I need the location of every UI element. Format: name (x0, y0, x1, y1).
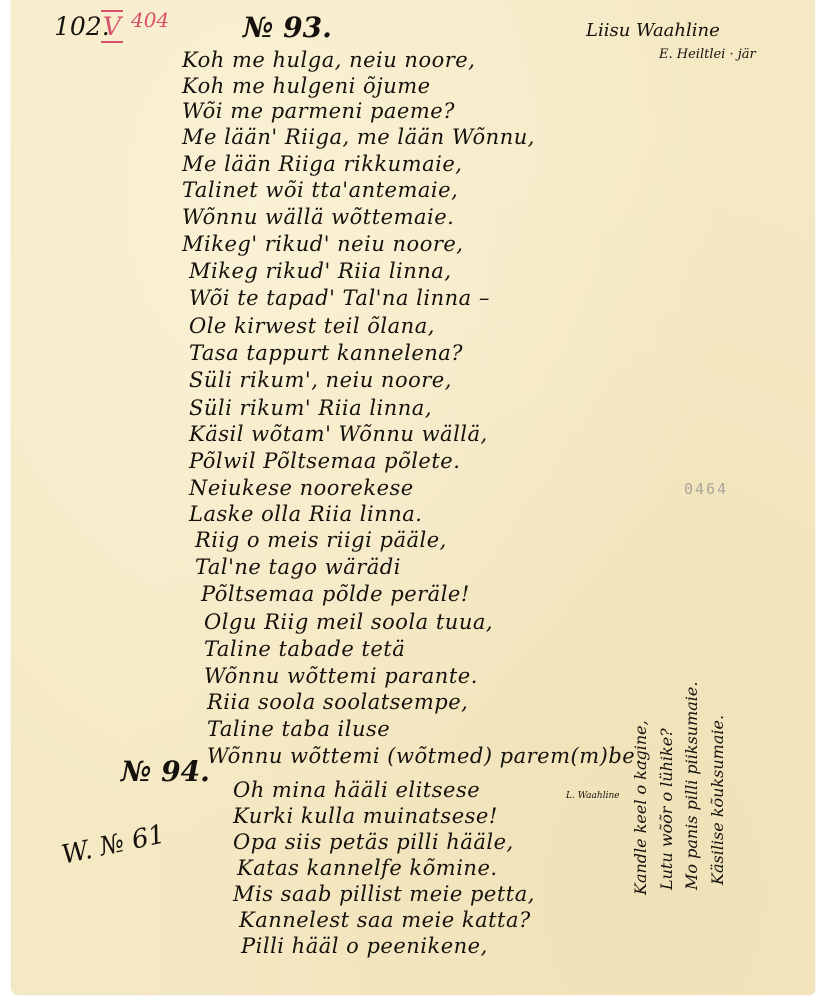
poem-line: Käsil wõtam' Wõnnu wällä, (189, 424, 488, 445)
poem-line: Me lään Riiga rikkumaie, (182, 154, 462, 175)
poem-line: Süli rikum' Riia linna, (189, 398, 432, 419)
vertical-verse-line: Käsilise kõuksumaie. (710, 715, 726, 885)
poem-line: Kannelest saa meie katta? (239, 910, 531, 931)
poem-line: Pilli hääl o peenikene, (241, 936, 488, 957)
vertical-verse-line: Mo panis pilli piiksumaie. (684, 682, 700, 890)
poem-line: Wõnnu wõttemi (wõtmed) parem(m)be. (207, 746, 642, 767)
archive-stamp-number: 0464 (684, 480, 728, 498)
poem-94-attribution: L. Waahline (566, 792, 620, 801)
poem-94-title: № 94. (121, 758, 210, 786)
poem-93-title: № 93. (243, 14, 332, 42)
collector-name: Liisu Waahline (586, 22, 720, 40)
poem-line: Süli rikum', neiu noore, (189, 370, 452, 391)
poem-line: Kurki kulla muinatsese! (233, 806, 498, 827)
poem-line: Neiukese noorekese (189, 478, 414, 499)
poem-line: Riia soola soolatsempe, (207, 692, 468, 713)
archive-volume: V (101, 14, 123, 39)
poem-line: Wõnnu wällä wõttemaie. (182, 207, 454, 228)
poem-line: Me lään' Riiga, me lään Wõnnu, (182, 127, 535, 148)
poem-line: Talinet wõi tta'antemaie, (182, 180, 458, 201)
poem-line: Tal'ne tago wärädi (195, 557, 401, 578)
vertical-verse-line: Kandle keel o kagine, (633, 720, 649, 895)
cross-reference-note: W. № 61 (59, 821, 167, 868)
poem-line: Koh me hulgeni õjume (182, 76, 431, 97)
poem-line: Wõi te tapad' Tal'na linna – (189, 288, 490, 309)
poem-line: Taline tabade tetä (204, 639, 405, 660)
poem-line: Riig o meis riigi pääle, (195, 530, 447, 551)
poem-line: Põltsemaa põlde peräle! (201, 584, 470, 605)
collector-source: E. Heiltlei · jär (659, 48, 756, 61)
poem-line: Mikeg' rikud' neiu noore, (182, 234, 463, 255)
poem-line: Wõi me parmeni paeme? (182, 101, 455, 122)
poem-line: Laske olla Riia linna. (189, 504, 422, 525)
poem-line: Wõnnu wõttemi parante. (204, 666, 478, 687)
poem-line: Katas kannelfe kõmine. (237, 858, 498, 879)
poem-line: Tasa tappurt kannelena? (189, 343, 463, 364)
poem-line: Mis saab pillist meie petta, (233, 884, 535, 905)
poem-line: Olgu Riig meil soola tuua, (204, 612, 493, 633)
poem-line: Mikeg rikud' Riia linna, (189, 261, 452, 282)
poem-line: Taline taba iluse (207, 719, 390, 740)
poem-line: Opa siis petäs pilli hääle, (233, 832, 514, 853)
poem-line: Oh mina hääli elitsese (233, 780, 480, 801)
vertical-verse-line: Lutu wõõr o lühike? (659, 728, 675, 890)
poem-line: Ole kirwest teil õlana, (189, 316, 435, 337)
poem-line: Koh me hulga, neiu noore, (182, 50, 475, 71)
archive-page: 404 (131, 10, 169, 30)
manuscript-page: 102. V 404 Liisu Waahline E. Heiltlei · … (11, 0, 815, 995)
poem-line: Põlwil Põltsemaa põlete. (189, 451, 460, 472)
